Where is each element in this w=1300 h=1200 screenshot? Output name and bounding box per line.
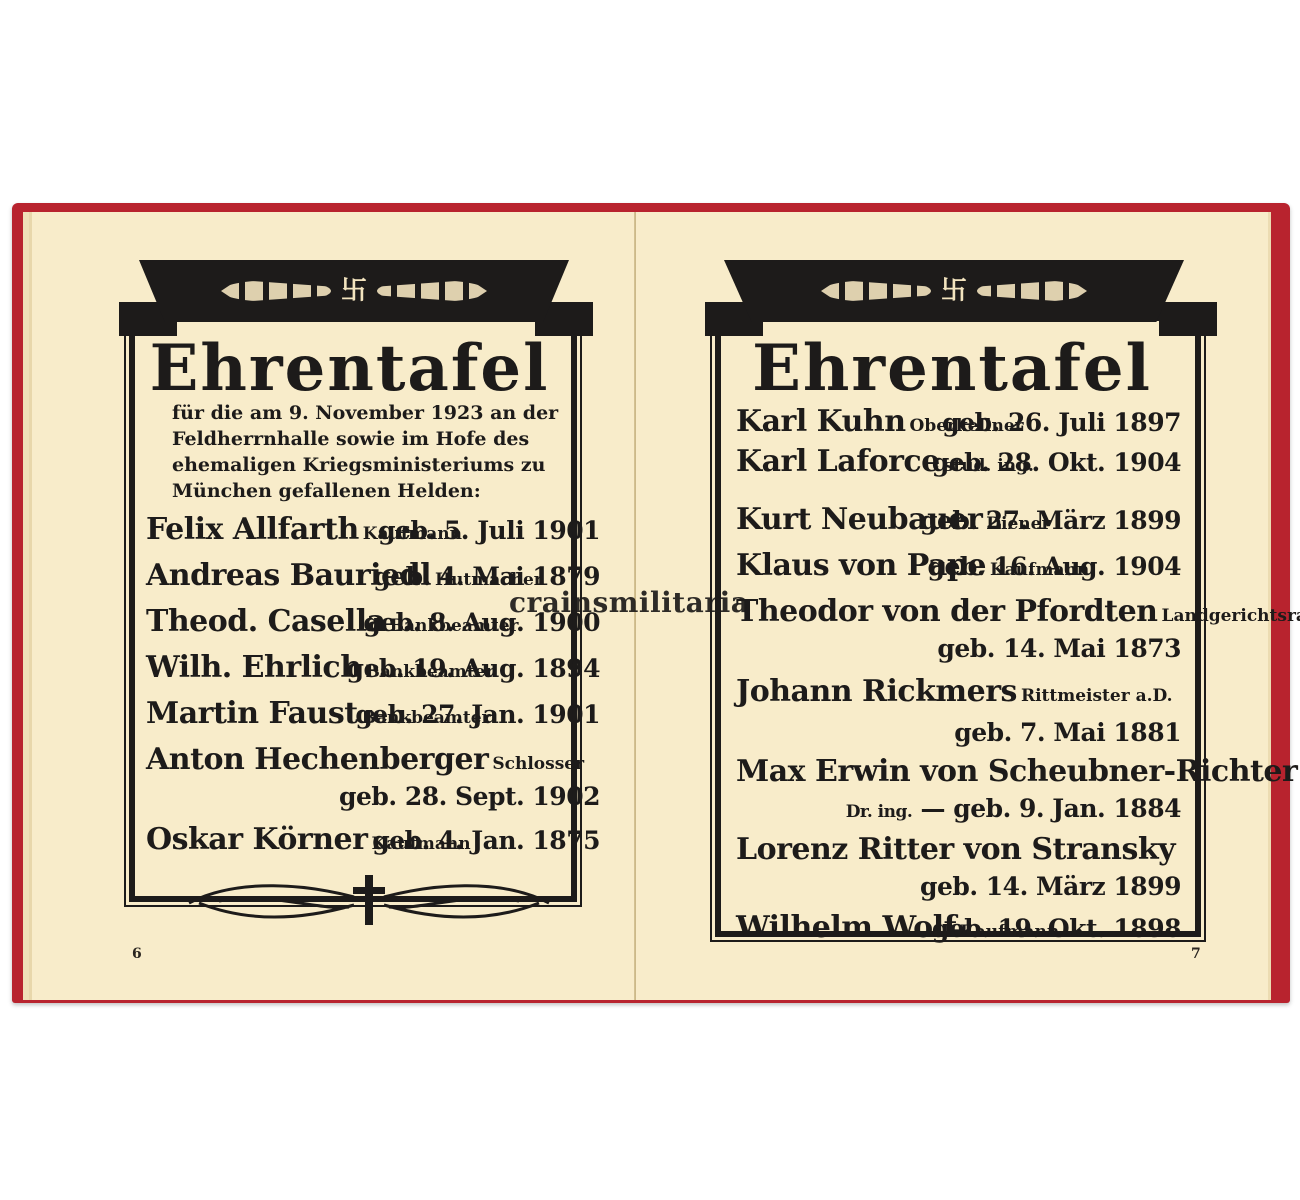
entry-birth-date: geb. 5. Juli 1901 (378, 516, 600, 545)
entry-birth-date: geb. 14. März 1899 (920, 872, 1181, 901)
laurel-sprig-left-icon (221, 280, 331, 302)
entry-occupation: Rittmeister a.D. (1021, 686, 1173, 706)
honor-roll-entry: Klaus von PapeKaufmann geb. 16. Aug. 190… (736, 548, 1181, 583)
honor-roll-entry: Johann RickmersRittmeister a.D. geb. 7. … (736, 674, 1181, 709)
watermark-text: crainsmilitaria (509, 586, 749, 619)
honor-roll-entry: Lorenz Ritter von Stransky geb. 14. März… (736, 832, 1181, 867)
entry-name: Max Erwin von Scheubner-Richter (736, 754, 1297, 789)
honor-roll-entry: Wilhelm WolfKaufmann geb. 19. Okt. 1898 (736, 910, 1181, 945)
page-number: 6 (132, 946, 142, 962)
entry-name: Karl Kuhn (736, 404, 906, 439)
dedication-text: für die am 9. November 1923 an der Feldh… (172, 400, 558, 504)
honor-roll-entry: Kurt NeubauerDiener geb. 27. März 1899 (736, 502, 1181, 537)
dedication-line: für die am 9. November 1923 an der (172, 400, 558, 426)
laurel-sprig-right-icon (977, 280, 1087, 302)
honor-roll-list: Felix AllfarthKaufmann geb. 5. Juli 1901… (146, 512, 600, 872)
laurel-banner: 卐 (724, 260, 1184, 322)
honor-roll-entry: Theodor von der PfordtenLandgerichtsrat … (736, 594, 1181, 629)
banner-emblem-icon: 卐 (341, 278, 367, 304)
entry-birth-date-value: geb. 9. Jan. 1884 (953, 794, 1181, 823)
entry-birth-date: geb. 16. Aug. 1904 (927, 552, 1181, 581)
banner-emblem-icon: 卐 (941, 278, 967, 304)
laurel-sprig-right-icon (377, 280, 487, 302)
honor-roll-entry: Anton HechenbergerSchlosser geb. 28. Sep… (146, 742, 600, 777)
dedication-line: Feldherrnhalle sowie im Hofe des (172, 426, 558, 452)
entry-occupation: Landgerichtsrat (1162, 606, 1300, 626)
entry-birth-date: geb. 14. Mai 1873 (937, 634, 1181, 663)
entry-birth-date: Dr. ing. — geb. 9. Jan. 1884 (842, 794, 1181, 823)
entry-name: Theodor von der Pfordten (736, 594, 1158, 629)
entry-birth-date: geb. 7. Mai 1881 (954, 718, 1181, 747)
honor-roll-entry: Max Erwin von Scheubner-Richter Dr. ing.… (736, 754, 1181, 789)
entry-name: Karl Laforce (736, 444, 940, 479)
entry-birth-date: geb. 27. März 1899 (920, 506, 1181, 535)
banner-ribbon-right-end (1159, 302, 1217, 336)
entry-name: Wilh. Ehrlich (146, 650, 362, 685)
entry-name: Wilhelm Wolf (736, 910, 956, 945)
entry-name: Lorenz Ritter von Stransky (736, 832, 1175, 867)
dedication-line: ehemaligen Kriegsministeriums zu (172, 452, 558, 478)
honor-roll-entry: Karl KuhnOberkellner geb. 26. Juli 1897 (736, 404, 1181, 439)
entry-birth-date: geb. 28. Okt. 1904 (932, 448, 1181, 477)
entry-name: Anton Hechenberger (146, 742, 488, 777)
page-number: 7 (1191, 946, 1201, 962)
entry-birth-date: geb. 27. Jan. 1901 (355, 700, 600, 729)
entry-occupation: Schlosser (492, 754, 584, 774)
entry-birth-date: geb. 28. Sept. 1902 (339, 782, 600, 811)
entry-birth-date: geb. 19. Aug. 1894 (346, 654, 600, 683)
honor-roll-entry: Felix AllfarthKaufmann geb. 5. Juli 1901 (146, 512, 600, 547)
entry-birth-date: geb. 4. Jan. 1875 (372, 826, 600, 855)
laurel-sprig-left-icon (821, 280, 931, 302)
page-title: Ehrentafel (119, 337, 580, 401)
page-title: Ehrentafel (716, 337, 1188, 401)
honor-roll-entry: Wilh. EhrlichBankbeamter geb. 19. Aug. 1… (146, 650, 600, 685)
honor-roll-entry: Karl Laforcestud. ing. geb. 28. Okt. 190… (736, 444, 1181, 479)
cross-flourish-icon (179, 867, 559, 927)
entry-name: Johann Rickmers (736, 674, 1017, 709)
entry-name: Oskar Körner (146, 822, 367, 857)
laurel-banner: 卐 (139, 260, 569, 322)
honor-roll-entry: Oskar KörnerKaufmann geb. 4. Jan. 1875 (146, 822, 600, 857)
honor-roll-list: Karl KuhnOberkellner geb. 26. Juli 1897 … (736, 404, 1181, 924)
entry-birth-date: geb. 26. Juli 1897 (942, 408, 1181, 437)
entry-name: Martin Faust (146, 696, 358, 731)
entry-name: Theod. Casella (146, 604, 386, 639)
dedication-line: München gefallenen Helden: (172, 478, 558, 504)
entry-occupation: Dr. ing. (846, 802, 913, 822)
entry-birth-date: geb. 19. Okt. 1898 (932, 914, 1181, 943)
entry-name: Felix Allfarth (146, 512, 359, 547)
honor-roll-entry: Martin FaustBankbeamter geb. 27. Jan. 19… (146, 696, 600, 731)
